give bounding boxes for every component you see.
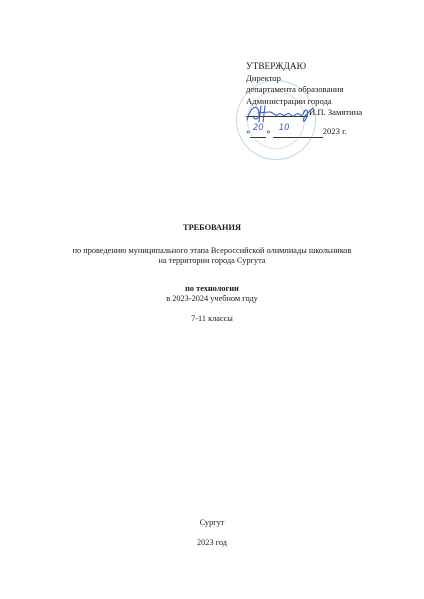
subject-name: по технологии bbox=[0, 284, 424, 295]
date-year: 2023 г. bbox=[323, 126, 347, 136]
document-subtitle-line1: по проведению муниципального этапа Всеро… bbox=[0, 246, 424, 257]
academic-year: в 2023-2024 учебном году bbox=[0, 294, 424, 305]
document-title: ТРЕБОВАНИЯ bbox=[0, 223, 424, 234]
footer-year: 2023 год bbox=[0, 538, 424, 549]
approval-position-line1: Директор bbox=[246, 73, 347, 85]
grade-range: 7-11 классы bbox=[0, 314, 424, 325]
handwritten-signature bbox=[243, 102, 321, 124]
approval-position-line2: департамента образования bbox=[246, 84, 347, 96]
document-subtitle-line2: на территории города Сургута bbox=[0, 256, 424, 267]
footer-city: Сургут bbox=[0, 518, 424, 529]
document-page: УТВЕРЖДАЮ Директор департамента образова… bbox=[0, 0, 424, 599]
approval-heading: УТВЕРЖДАЮ bbox=[246, 61, 347, 73]
